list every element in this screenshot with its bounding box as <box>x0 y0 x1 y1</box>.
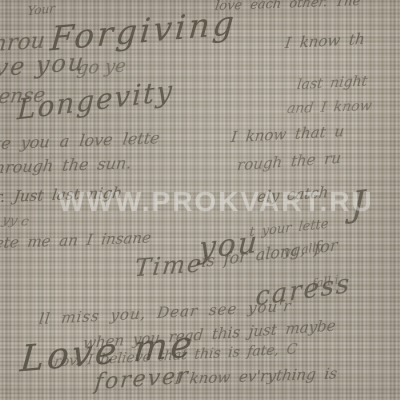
script-line: and I know <box>286 99 373 116</box>
script-line: yy c <box>1 214 30 229</box>
script-line: ve you <box>0 50 87 81</box>
watermark-text: WWW.PROKVART.RU <box>58 186 374 218</box>
script-line: hrough the sun. <box>0 155 133 176</box>
script-line: I know that u <box>230 124 345 145</box>
script-line: Time <box>133 251 204 280</box>
fabric-wallpaper-photo: Yourlove each other. TheForgivingI know … <box>0 0 400 400</box>
script-line: go ye <box>76 57 127 78</box>
script-line: Your <box>27 2 55 17</box>
script-line: last night <box>296 74 368 92</box>
script-line: t your lette <box>249 218 329 239</box>
script-line: I know th <box>284 32 366 51</box>
script-line: te you a love lette <box>0 130 161 152</box>
script-line: ete me an I insane <box>0 231 152 252</box>
script-line: rough the ru <box>236 151 341 173</box>
script-line: I know ev'rything is <box>174 366 338 387</box>
